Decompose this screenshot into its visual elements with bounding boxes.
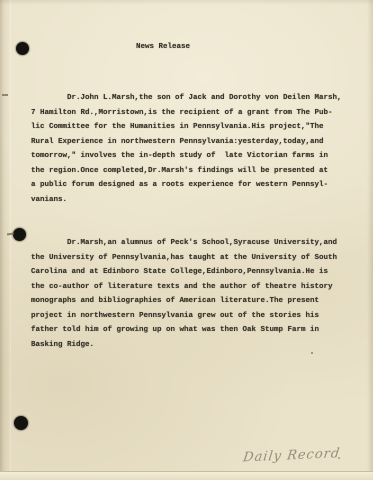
text-line: lic Committee for the Humanities in Penn…	[31, 120, 342, 135]
text-line: 7 Hamilton Rd.,Morristown,is the recipie…	[31, 106, 342, 121]
document-body: Dr.John L.Marsh,the son of Jack and Doro…	[31, 62, 342, 381]
scan-speck-pencil-dot	[338, 457, 340, 459]
paragraph-2: Dr.Marsh,an alumnus of Peck's School,Syr…	[31, 236, 342, 352]
hole-punch-top	[16, 42, 29, 55]
handwritten-note: Daily Record	[242, 444, 355, 469]
hole-punch-bottom	[14, 416, 28, 430]
text-line: tomorrow," involves the in-depth study o…	[31, 149, 342, 164]
text-line: Rural Experience in northwestern Pennsyl…	[31, 135, 342, 150]
scan-speck-left-margin	[2, 94, 8, 96]
text-line: Basking Ridge.	[31, 338, 342, 353]
document-title: News Release	[136, 43, 190, 52]
text-line: the University of Pennsylvania,has taugh…	[31, 251, 342, 266]
text-line: father told him of growing up on what wa…	[31, 323, 342, 338]
text-line: Carolina and at Edinboro State College,E…	[31, 265, 342, 280]
scan-speck-dot	[311, 352, 313, 354]
text-line: a public forum designed as a roots exper…	[31, 178, 342, 193]
text-line: monographs and bibliographies of America…	[31, 294, 342, 309]
text-line: Dr.Marsh,an alumnus of Peck's School,Syr…	[31, 236, 342, 251]
text-line: Dr.John L.Marsh,the son of Jack and Doro…	[31, 91, 342, 106]
text-line: the co-author of literature texts and th…	[31, 280, 342, 295]
text-line: the region.Once completed,Dr.Marsh's fin…	[31, 164, 342, 179]
paragraph-1: Dr.John L.Marsh,the son of Jack and Doro…	[31, 91, 342, 207]
hole-punch-middle	[13, 228, 26, 241]
text-line: vanians.	[31, 193, 342, 208]
paper-crease	[10, 0, 11, 480]
text-line: project in northwestern Pennsylvania gre…	[31, 309, 342, 324]
paper-bottom-edge	[0, 471, 373, 480]
scanned-page: News Release Dr.John L.Marsh,the son of …	[0, 0, 373, 480]
